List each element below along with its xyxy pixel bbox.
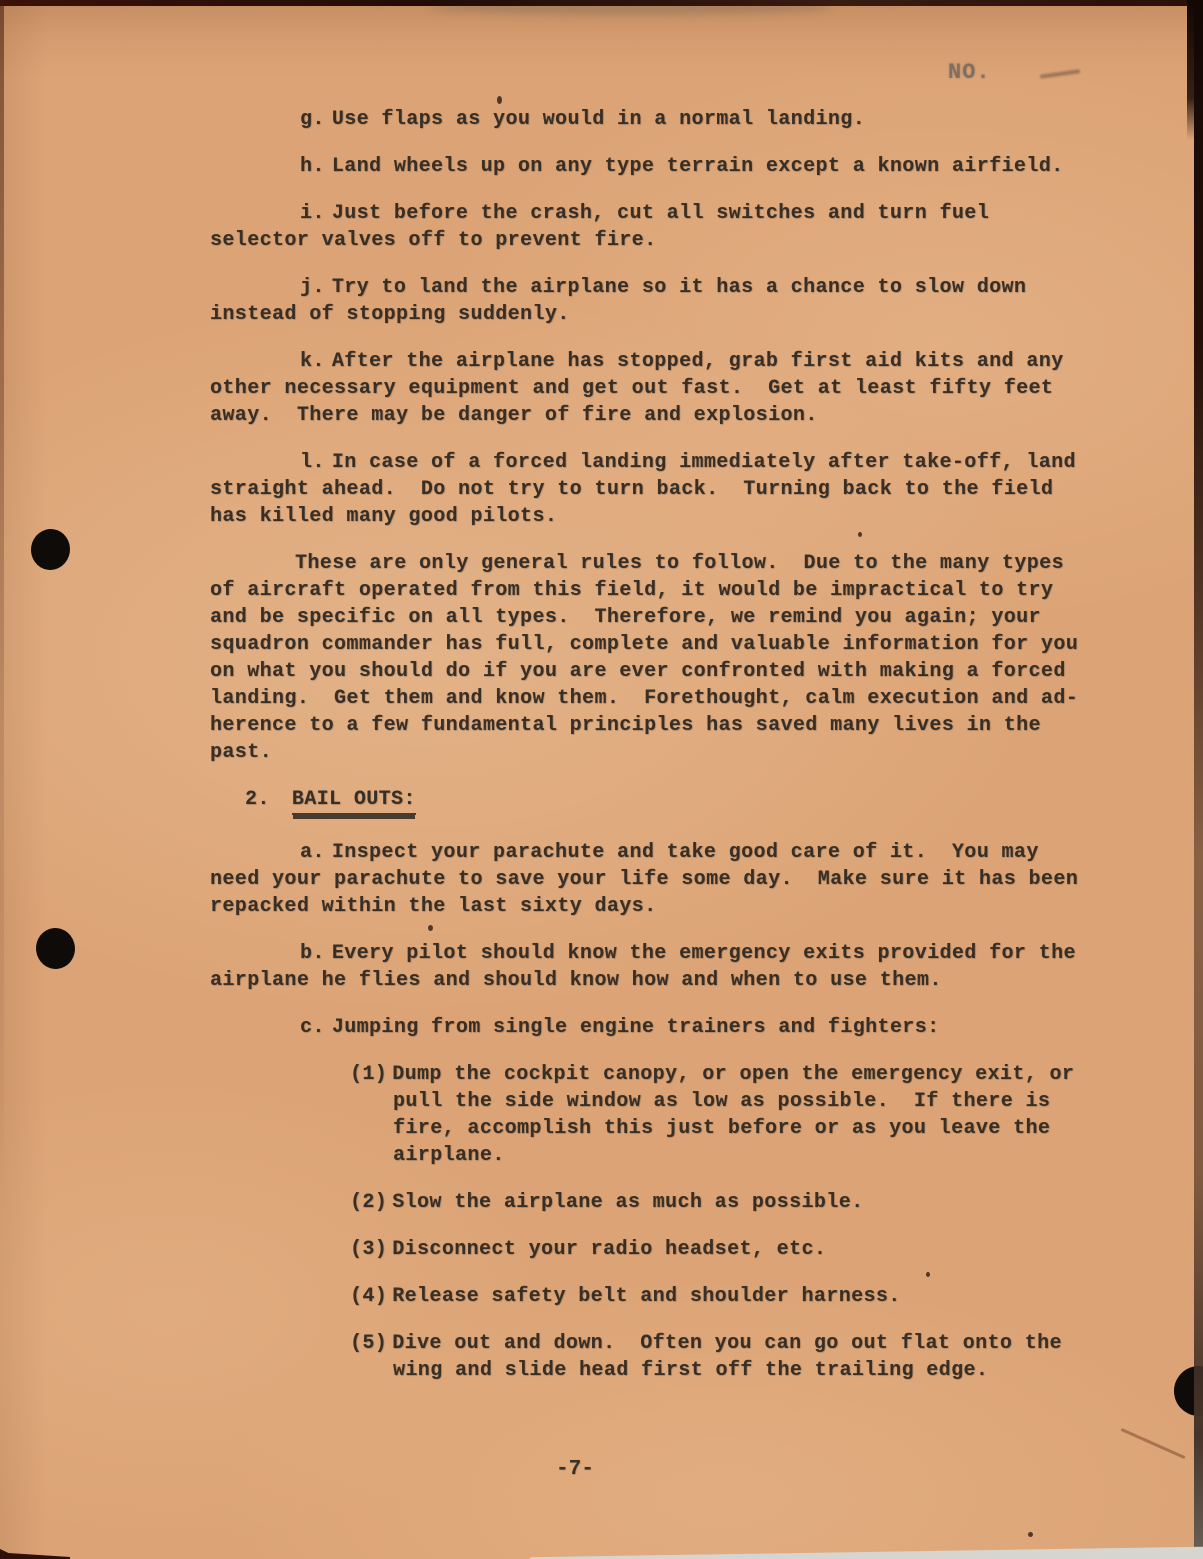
- text-line: airplane.: [210, 1142, 1160, 1169]
- text-line: fire, accomplish this just before or as …: [210, 1115, 1160, 1142]
- item-label: 2.: [245, 788, 270, 811]
- text-span: Land wheels up on any type terrain excep…: [332, 155, 1064, 178]
- item-label: (1): [350, 1063, 387, 1086]
- item-label: (4): [350, 1285, 387, 1308]
- paragraph-general-rules: These are only general rules to follow. …: [210, 550, 1160, 766]
- text-line: on what you should do if you are ever co…: [210, 658, 1160, 685]
- item-label: a.: [300, 841, 325, 864]
- text-span: Slow the airplane as much as possible.: [392, 1191, 863, 1214]
- text-line: pull the side window as low as possible.…: [210, 1088, 1160, 1115]
- ink-speck: [497, 96, 502, 104]
- scan-edge-left: [0, 0, 4, 1200]
- text-span: Try to land the airplane so it has a cha…: [332, 276, 1027, 299]
- item-label: b.: [300, 942, 325, 965]
- text-span: Release safety belt and shoulder harness…: [392, 1285, 900, 1308]
- item-label: h.: [300, 155, 325, 178]
- text-line: of aircraft operated from this field, it…: [210, 577, 1160, 604]
- text-line: and be specific on all types. Therefore,…: [210, 604, 1160, 631]
- item-label: i.: [300, 202, 325, 225]
- item-label: k.: [300, 350, 325, 373]
- ink-speck: [926, 1272, 930, 1277]
- text-line: landing. Get them and know them. Foretho…: [210, 685, 1160, 712]
- text-line: herence to a few fundamental principles …: [210, 712, 1160, 739]
- item-h: h.Land wheels up on any type terrain exc…: [210, 153, 1160, 180]
- text-span: Dive out and down. Often you can go out …: [392, 1332, 1062, 1355]
- ink-speck: [428, 925, 433, 931]
- scan-background-strip: [530, 1544, 1203, 1559]
- text-line: selector valves off to prevent fire.: [210, 227, 1160, 254]
- item-j: j.Try to land the airplane so it has a c…: [210, 274, 1160, 328]
- text-line: a.Inspect your parachute and take good c…: [210, 839, 1160, 866]
- item-a: a.Inspect your parachute and take good c…: [210, 839, 1160, 920]
- sub-item-5: (5)Dive out and down. Often you can go o…: [210, 1330, 1160, 1384]
- scan-edge-right: [1187, 0, 1203, 140]
- sub-item-4: (4)Release safety belt and shoulder harn…: [210, 1283, 1160, 1310]
- text-line: h.Land wheels up on any type terrain exc…: [210, 153, 1160, 180]
- text-line: wing and slide head first off the traili…: [210, 1357, 1160, 1384]
- document-body: g.Use flaps as you would in a normal lan…: [210, 106, 1160, 1404]
- text-line: squadron commander has full, complete an…: [210, 631, 1160, 658]
- text-line: b.Every pilot should know the emergency …: [210, 940, 1160, 967]
- item-label: l.: [300, 451, 325, 474]
- text-line: need your parachute to save your life so…: [210, 866, 1160, 893]
- ink-speck: [1028, 1532, 1033, 1537]
- hole-punch-mark: [28, 526, 72, 572]
- text-line: c.Jumping from single engine trainers an…: [210, 1014, 1160, 1041]
- text-span: After the airplane has stopped, grab fir…: [332, 350, 1064, 373]
- item-label: g.: [300, 108, 325, 131]
- text-line: past.: [210, 739, 1160, 766]
- item-k: k.After the airplane has stopped, grab f…: [210, 348, 1160, 429]
- item-b: b.Every pilot should know the emergency …: [210, 940, 1160, 994]
- item-c: c.Jumping from single engine trainers an…: [210, 1014, 1160, 1041]
- section-heading-text: BAIL OUTS:: [292, 788, 416, 815]
- text-line: These are only general rules to follow. …: [210, 550, 1160, 577]
- sub-item-2: (2)Slow the airplane as much as possible…: [210, 1189, 1160, 1216]
- header-note: NO.: [948, 60, 991, 85]
- text-line: away. There may be danger of fire and ex…: [210, 402, 1160, 429]
- text-span: Just before the crash, cut all switches …: [332, 202, 989, 225]
- ink-speck: [858, 532, 862, 537]
- text-line: l.In case of a forced landing immediatel…: [210, 449, 1160, 476]
- text-line: (2)Slow the airplane as much as possible…: [210, 1189, 1160, 1216]
- text-line: other necessary equipment and get out fa…: [210, 375, 1160, 402]
- text-line: 2.BAIL OUTS:: [210, 786, 1160, 813]
- scan-edge-right: [1194, 0, 1203, 1559]
- scan-smudge: [1040, 69, 1080, 79]
- text-line: (1)Dump the cockpit canopy, or open the …: [210, 1061, 1160, 1088]
- section-bail-outs: 2.BAIL OUTS:: [210, 786, 1160, 813]
- scan-edge-corner: [0, 1549, 70, 1559]
- item-i: i.Just before the crash, cut all switche…: [210, 200, 1160, 254]
- text-line: instead of stopping suddenly.: [210, 301, 1160, 328]
- scratch-mark: [1120, 1428, 1185, 1459]
- item-label: j.: [300, 276, 325, 299]
- text-line: has killed many good pilots.: [210, 503, 1160, 530]
- page-number: -7-: [556, 1458, 594, 1481]
- item-label: (3): [350, 1238, 387, 1261]
- text-line: airplane he flies and should know how an…: [210, 967, 1160, 994]
- sub-item-3: (3)Disconnect your radio headset, etc.: [210, 1236, 1160, 1263]
- text-span: Jumping from single engine trainers and …: [332, 1016, 940, 1039]
- text-line: straight ahead. Do not try to turn back.…: [210, 476, 1160, 503]
- sub-item-1: (1)Dump the cockpit canopy, or open the …: [210, 1061, 1160, 1169]
- text-span: Use flaps as you would in a normal landi…: [332, 108, 865, 131]
- text-line: k.After the airplane has stopped, grab f…: [210, 348, 1160, 375]
- text-span: Disconnect your radio headset, etc.: [392, 1238, 826, 1261]
- item-l: l.In case of a forced landing immediatel…: [210, 449, 1160, 530]
- text-line: (5)Dive out and down. Often you can go o…: [210, 1330, 1160, 1357]
- item-g: g.Use flaps as you would in a normal lan…: [210, 106, 1160, 133]
- text-line: repacked within the last sixty days.: [210, 893, 1160, 920]
- item-label: c.: [300, 1016, 325, 1039]
- text-line: g.Use flaps as you would in a normal lan…: [210, 106, 1160, 133]
- text-span: Every pilot should know the emergency ex…: [332, 942, 1076, 965]
- scan-edge-top: [0, 0, 1203, 6]
- text-span: In case of a forced landing immediately …: [332, 451, 1076, 474]
- text-line: i.Just before the crash, cut all switche…: [210, 200, 1160, 227]
- text-line: j.Try to land the airplane so it has a c…: [210, 274, 1160, 301]
- item-label: (2): [350, 1191, 387, 1214]
- text-span: Dump the cockpit canopy, or open the eme…: [392, 1063, 1074, 1086]
- text-span: Inspect your parachute and take good car…: [332, 841, 1039, 864]
- text-line: (4)Release safety belt and shoulder harn…: [210, 1283, 1160, 1310]
- item-label: (5): [350, 1332, 387, 1355]
- hole-punch-mark: [34, 926, 77, 971]
- text-line: (3)Disconnect your radio headset, etc.: [210, 1236, 1160, 1263]
- scanned-document-page: NO. g.Use flaps as you would in a normal…: [0, 0, 1203, 1559]
